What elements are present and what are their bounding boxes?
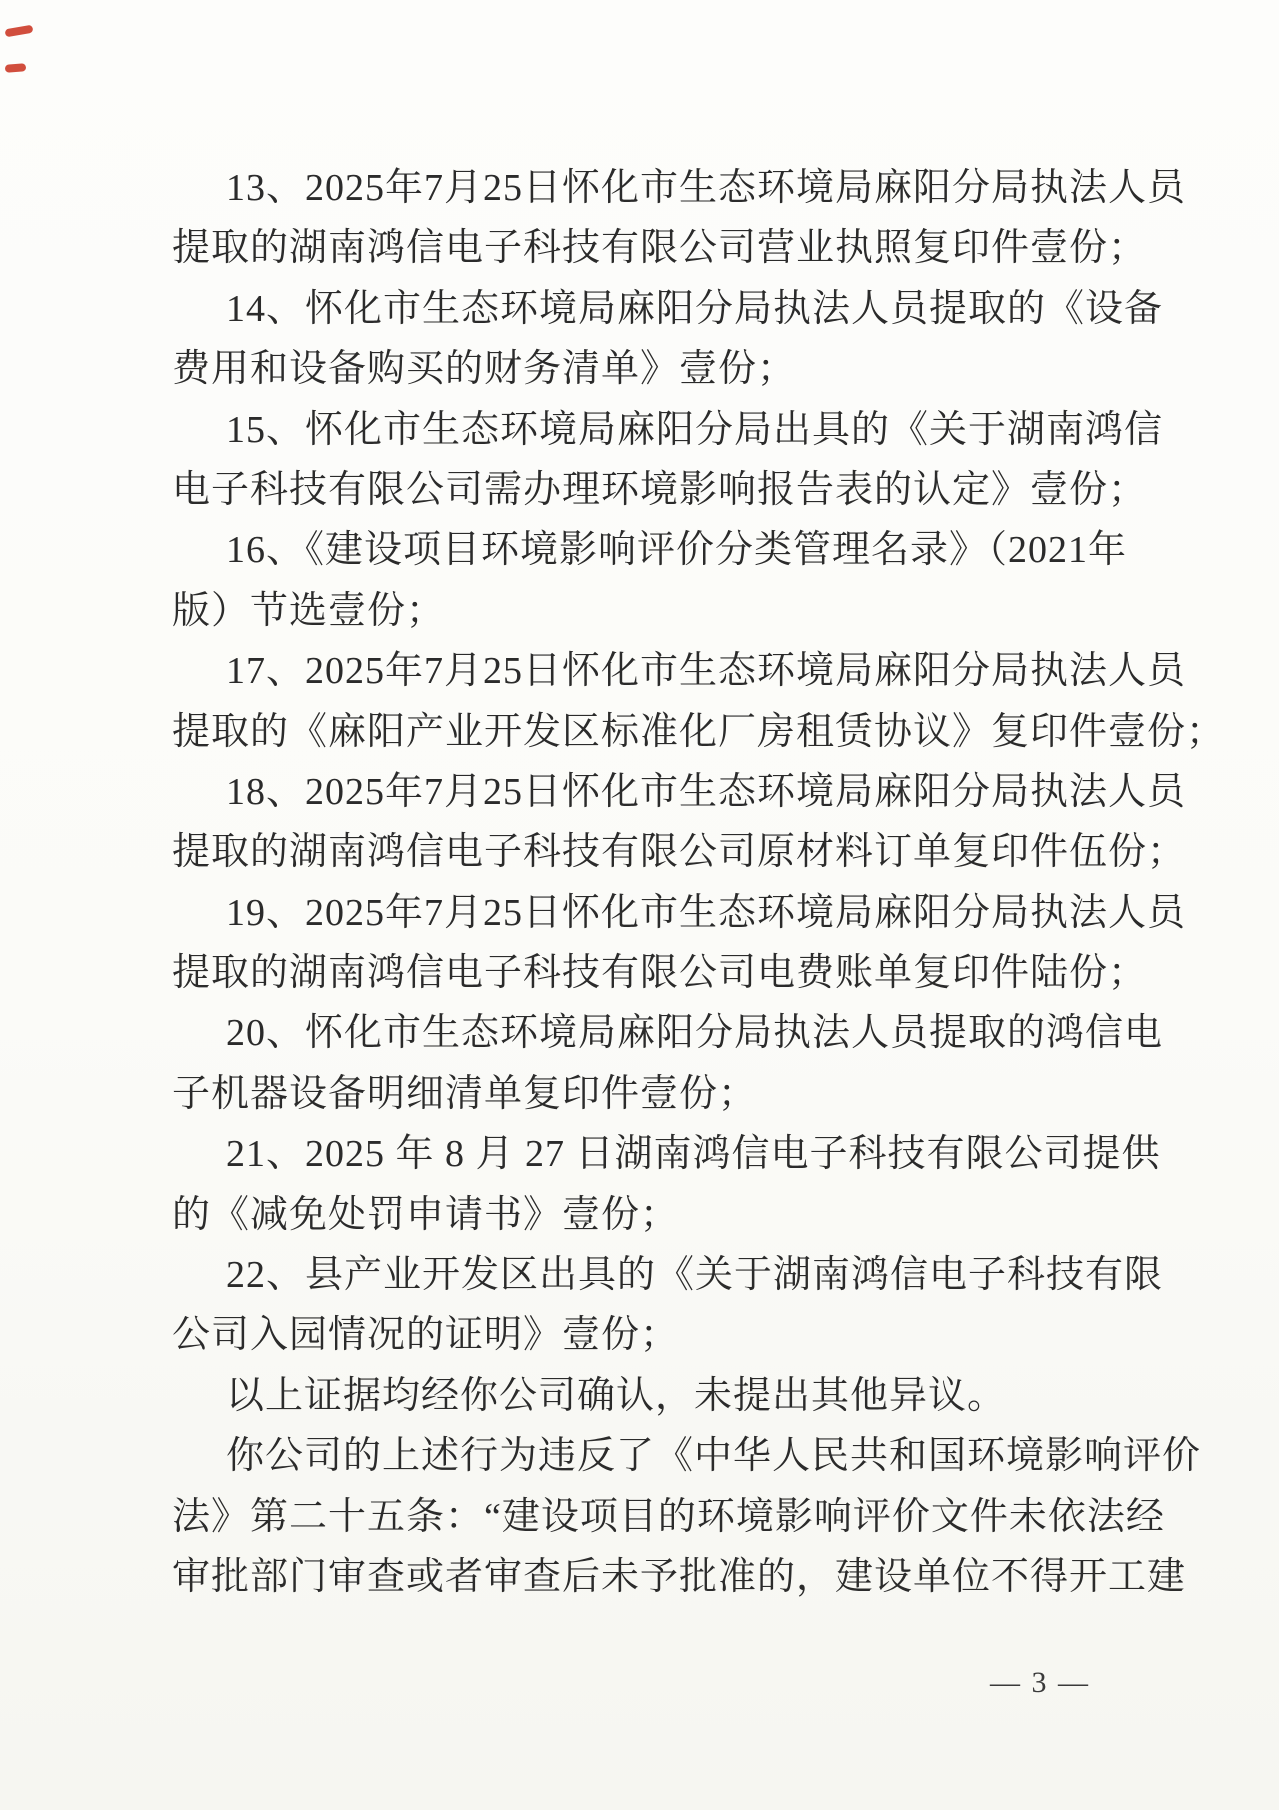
text-line: 14、怀化市生态环境局麻阳分局执法人员提取的《设备 <box>172 279 1088 339</box>
text-line: 费用和设备购买的财务清单》壹份； <box>172 339 1088 399</box>
text-line: 电子科技有限公司需办理环境影响报告表的认定》壹份； <box>172 460 1088 520</box>
text-line: 你公司的上述行为违反了《中华人民共和国环境影响评价 <box>172 1426 1088 1486</box>
red-ink-fragment <box>5 63 27 72</box>
document-body: 13、2025年7月25日怀化市生态环境局麻阳分局执法人员提取的湖南鸿信电子科技… <box>172 158 1088 1607</box>
text-line: 提取的《麻阳产业开发区标准化厂房租赁协议》复印件壹份； <box>172 702 1088 762</box>
text-line: 提取的湖南鸿信电子科技有限公司电费账单复印件陆份； <box>172 943 1088 1003</box>
page-number: — 3 — <box>960 1666 1120 1700</box>
text-line: 审批部门审查或者审查后未予批准的，建设单位不得开工建 <box>172 1547 1088 1607</box>
text-line: 17、2025年7月25日怀化市生态环境局麻阳分局执法人员 <box>172 641 1088 701</box>
text-line: 21、2025 年 8 月 27 日湖南鸿信电子科技有限公司提供 <box>172 1124 1088 1184</box>
text-line: 以上证据均经你公司确认，未提出其他异议。 <box>172 1366 1088 1426</box>
document-page: 13、2025年7月25日怀化市生态环境局麻阳分局执法人员提取的湖南鸿信电子科技… <box>0 0 1279 1810</box>
text-line: 19、2025年7月25日怀化市生态环境局麻阳分局执法人员 <box>172 883 1088 943</box>
text-line: 子机器设备明细清单复印件壹份； <box>172 1064 1088 1124</box>
text-line: 16、《建设项目环境影响评价分类管理名录》（2021年 <box>172 520 1088 580</box>
text-line: 的《减免处罚申请书》壹份； <box>172 1185 1088 1245</box>
text-line: 公司入园情况的证明》壹份； <box>172 1305 1088 1365</box>
text-line: 22、县产业开发区出具的《关于湖南鸿信电子科技有限 <box>172 1245 1088 1305</box>
text-line: 15、怀化市生态环境局麻阳分局出具的《关于湖南鸿信 <box>172 400 1088 460</box>
text-line: 提取的湖南鸿信电子科技有限公司原材料订单复印件伍份； <box>172 822 1088 882</box>
red-ink-fragment <box>5 25 34 38</box>
text-line: 法》第二十五条：“建设项目的环境影响评价文件未依法经 <box>172 1487 1088 1547</box>
text-line: 提取的湖南鸿信电子科技有限公司营业执照复印件壹份； <box>172 218 1088 278</box>
text-line: 13、2025年7月25日怀化市生态环境局麻阳分局执法人员 <box>172 158 1088 218</box>
text-line: 20、怀化市生态环境局麻阳分局执法人员提取的鸿信电 <box>172 1003 1088 1063</box>
text-line: 版）节选壹份； <box>172 581 1088 641</box>
text-line: 18、2025年7月25日怀化市生态环境局麻阳分局执法人员 <box>172 762 1088 822</box>
